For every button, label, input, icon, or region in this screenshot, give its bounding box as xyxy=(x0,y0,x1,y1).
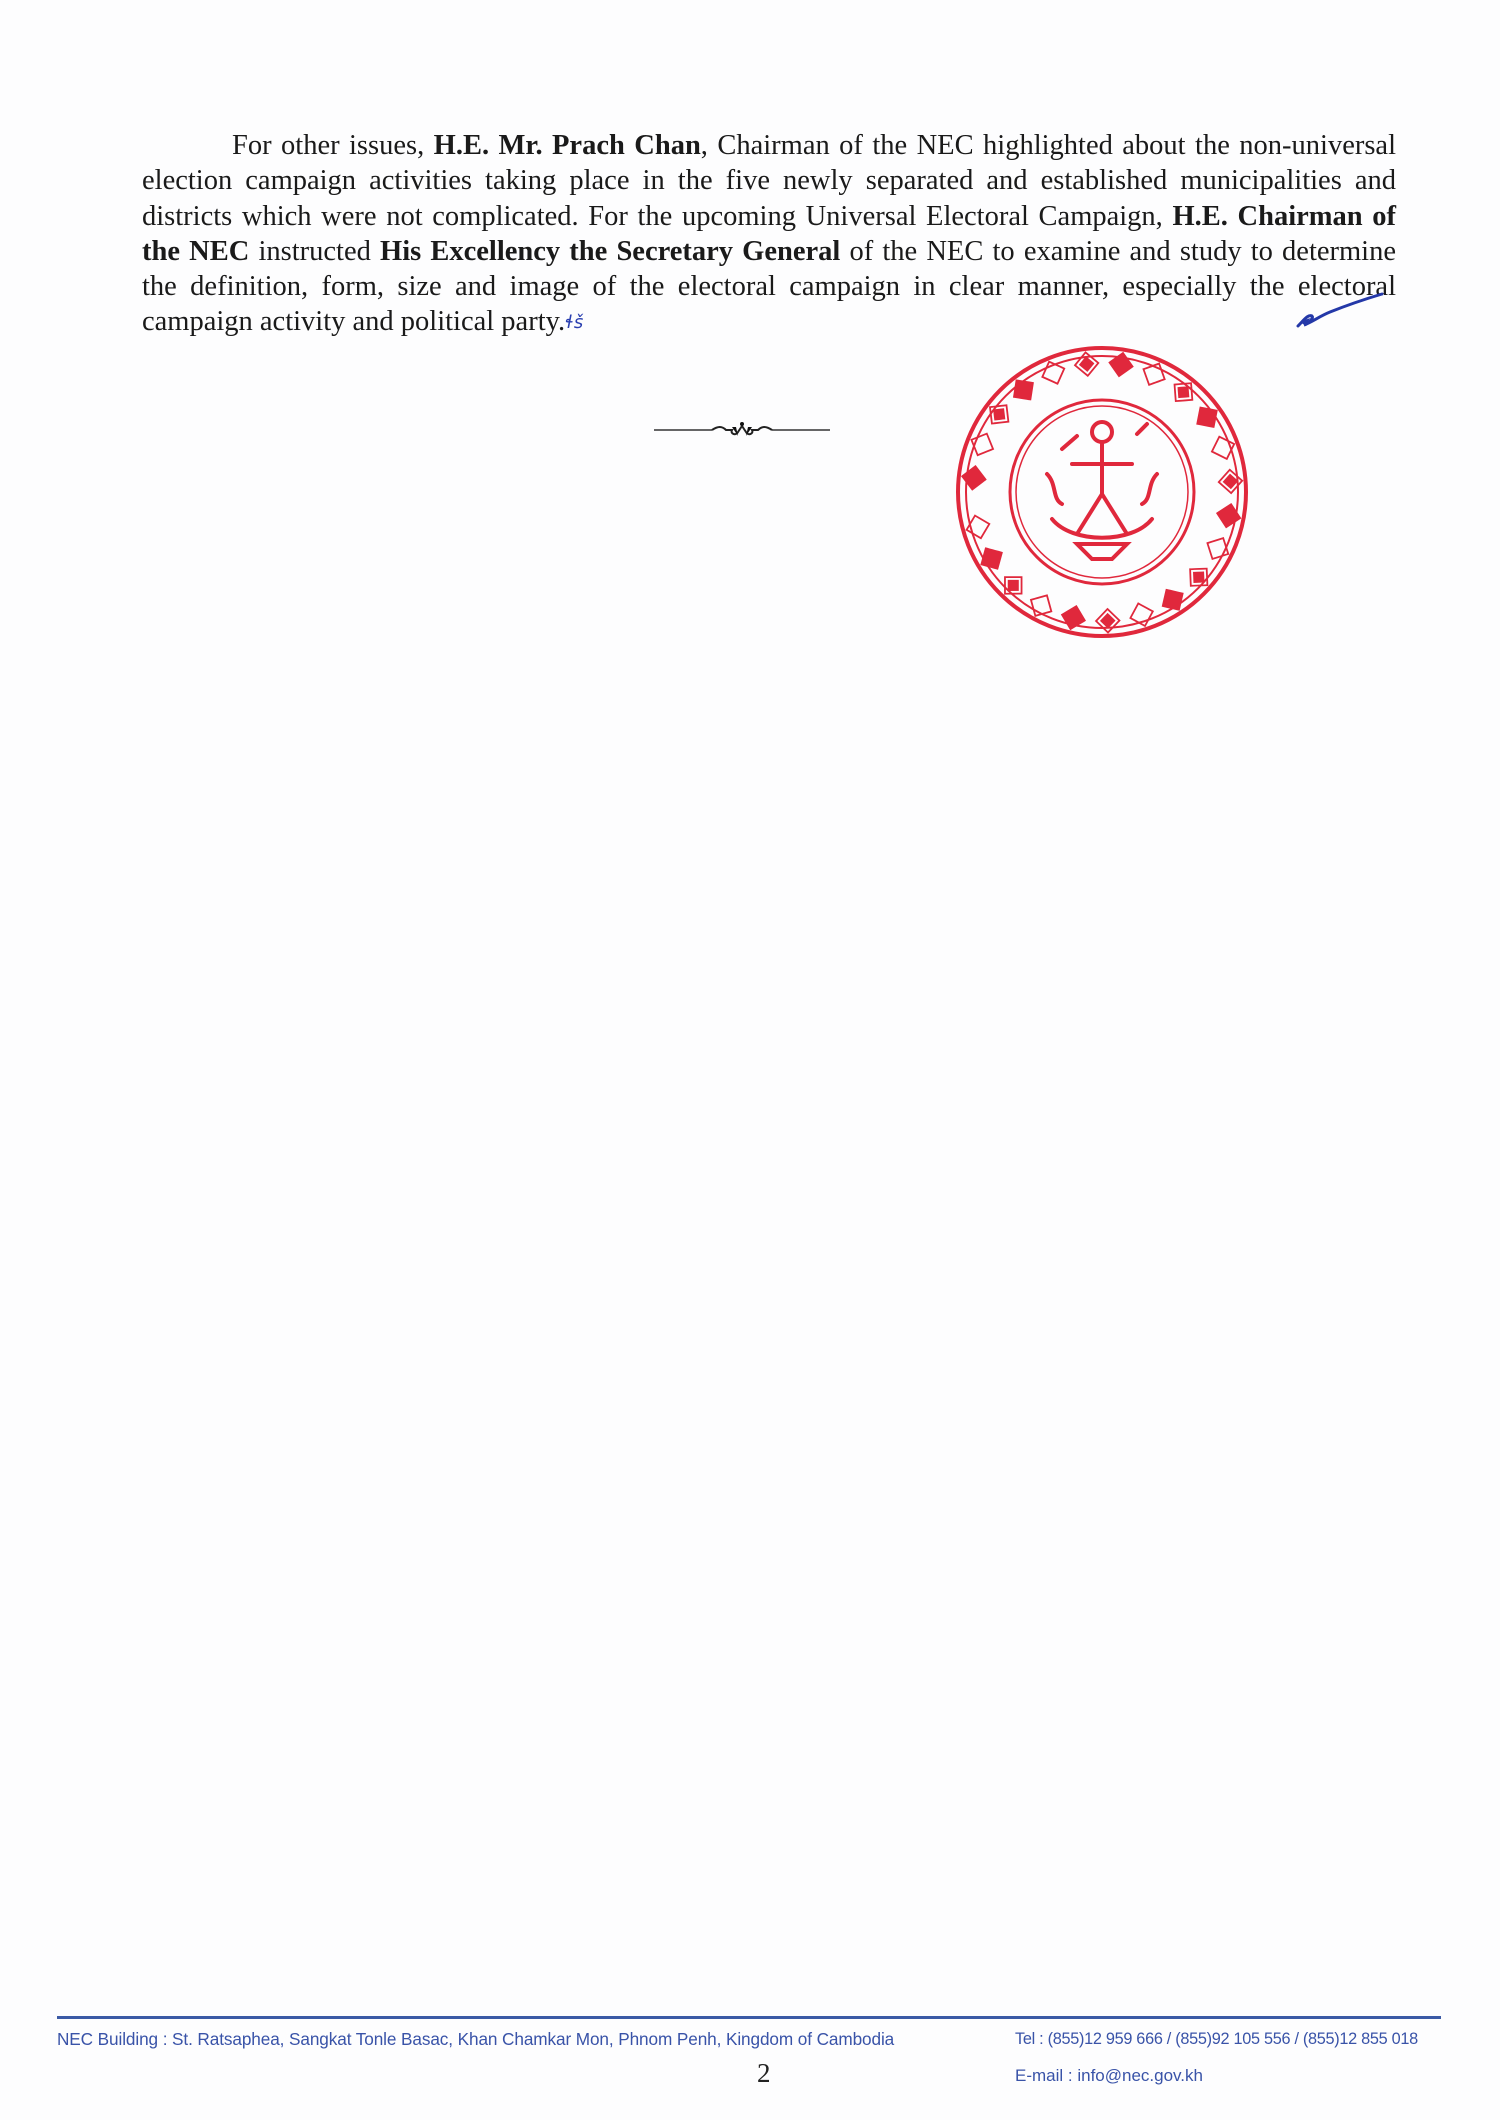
text-segment: instructed xyxy=(249,236,380,267)
footer-address: NEC Building : St. Ratsaphea, Sangkat To… xyxy=(57,2029,894,2050)
bold-name-segment: His Excellency the Secretary General xyxy=(380,236,840,267)
bold-name-segment: H.E. Mr. Prach Chan xyxy=(434,130,701,161)
body-paragraph: For other issues, H.E. Mr. Prach Chan, C… xyxy=(142,128,1396,341)
text-segment: For other issues, xyxy=(232,130,434,161)
signature-icon xyxy=(1290,292,1390,332)
footer-telephone: Tel : (855)12 959 666 / (855)92 105 556 … xyxy=(1015,2030,1418,2049)
page-number: 2 xyxy=(757,2058,771,2089)
footer-email-link[interactable]: E-mail : info@nec.gov.kh xyxy=(1015,2066,1203,2086)
handwritten-initials: ɬš xyxy=(565,312,583,333)
official-seal-icon: ◆◇◈◆◇◈◆◇◈◆◇◈◆◇◈◆◇◈◆◇◈◆◇ xyxy=(952,344,1252,640)
divider-ornament-icon xyxy=(652,418,832,442)
footer-divider xyxy=(57,2016,1441,2019)
document-page: For other issues, H.E. Mr. Prach Chan, C… xyxy=(0,0,1500,2120)
